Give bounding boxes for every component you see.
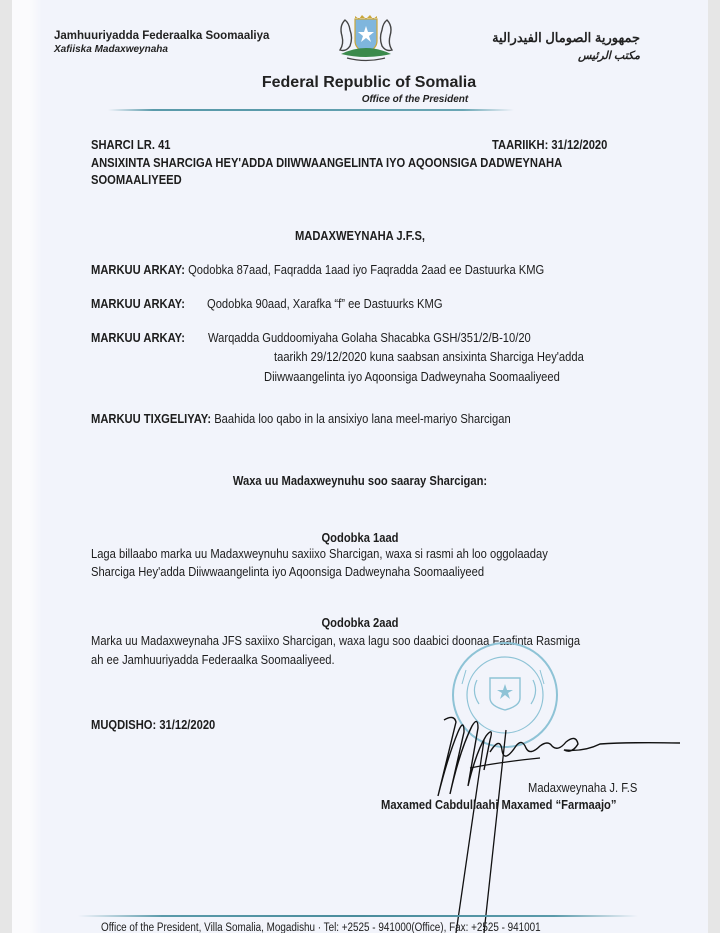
clause-label: MARKUU ARKAY:	[91, 262, 185, 277]
clause-text: Qodobka 87aad, Faqradda 1aad iyo Faqradd…	[188, 262, 544, 277]
letterhead-english-office: Office of the President	[0, 94, 720, 105]
place-date: MUQDISHO: 31/12/2020	[91, 717, 215, 732]
footer-contact: Office of the President, Villa Somalia, …	[101, 922, 541, 933]
clause-3-label: MARKUU ARKAY:	[91, 330, 185, 345]
clause-4: MARKUU TIXGELIYAY: Baahida loo qabo in l…	[91, 411, 511, 426]
letterhead-arabic-name: جمهورية الصومال الفيدرالية	[492, 30, 640, 46]
footer-divider	[78, 915, 638, 917]
decree-title-cont: SOOMAALIYEED	[91, 172, 182, 187]
clause-3-line-2: taarikh 29/12/2020 kuna saabsan ansixint…	[274, 349, 584, 364]
letterhead-somali-office: Xafiiska Madaxweynaha	[54, 44, 168, 55]
article-1-line-2: Sharciga Hey'adda Diiwwaangelinta iyo Aq…	[91, 564, 484, 579]
clause-text: Baahida loo qabo in la ansixiyo lana mee…	[214, 411, 510, 426]
decree-title: ANSIXINTA SHARCIGA HEY'ADDA DIIWWAANGELI…	[91, 155, 562, 170]
enactment-statement: Waxa uu Madaxweynuhu soo saaray Sharciga…	[50, 473, 669, 488]
signatory-name: Maxamed Cabdullaahi Maxamed “Farmaajo”	[381, 797, 616, 812]
article-1-heading: Qodobka 1aad	[50, 530, 669, 545]
signatory-title: Madaxweynaha J. F.S	[528, 780, 637, 795]
letterhead-divider	[108, 109, 258, 111]
article-2-heading: Qodobka 2aad	[50, 615, 669, 630]
clause-3-line-1: Warqadda Guddoomiyaha Golaha Shacabka GS…	[208, 330, 531, 345]
clause-2-label: MARKUU ARKAY:	[91, 296, 185, 311]
letterhead-arabic-office: مكتب الرئيس	[578, 49, 640, 62]
letterhead-somali-name: Jamhuuriyadda Federaalka Soomaaliya	[54, 30, 269, 42]
addressee: MADAXWEYNAHA J.F.S,	[50, 228, 669, 243]
letterhead-divider	[258, 109, 514, 111]
somalia-coat-of-arms-icon	[331, 10, 401, 66]
clause-3-line-3: Diiwwaangelinta iyo Aqoonsiga Dadweynaha…	[264, 369, 560, 384]
clause-label: MARKUU TIXGELIYAY:	[91, 411, 211, 426]
article-2-line-2: ah ee Jamhuuriyadda Federaalka Soomaaliy…	[91, 652, 335, 667]
decree-date: TAARIIKH: 31/12/2020	[492, 137, 607, 152]
decree-number: SHARCI LR. 41	[91, 137, 171, 152]
clause-1: MARKUU ARKAY: Qodobka 87aad, Faqradda 1a…	[91, 262, 544, 277]
clause-2-text: Qodobka 90aad, Xarafka “f” ee Dastuurks …	[207, 296, 443, 311]
letterhead-english-name: Federal Republic of Somalia	[0, 74, 720, 92]
article-1-line-1: Laga billaabo marka uu Madaxweynuhu saxi…	[91, 546, 548, 561]
signature-icon	[420, 700, 720, 933]
